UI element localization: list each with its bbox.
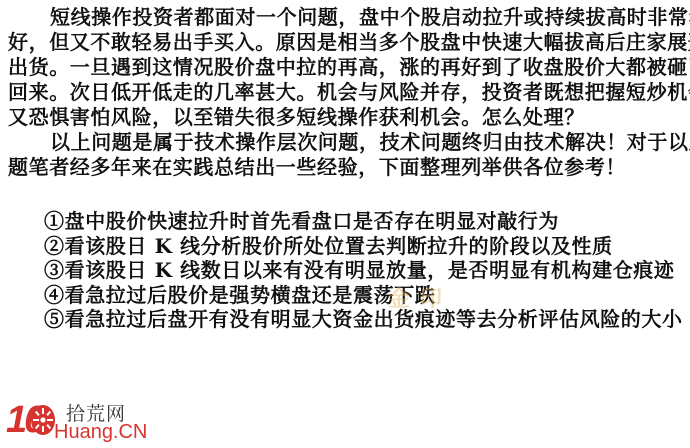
watermark: 金印 [388,282,452,313]
paragraph-1-line: 回来。次日低开低走的几率甚大。机会与风险并存，投资者既想把握短炒机会 [8,80,688,105]
paragraph-1-line: 出货。一旦遇到这情况股价盘中拉的再高，涨的再好到了收盘股价大都被砸了 [8,55,688,80]
paragraph-1-line: 短线操作投资者都面对一个问题，盘中个股启动拉升或持续拔高时非常看 [8,5,688,30]
list-item: ②看该股日 K 线分析股价所处位置去判断拉升的阶段以及性质 [44,234,683,259]
gear-icon [30,403,56,437]
paragraph-2-line: 以上问题是属于技术操作层次问题，技术问题终归由技术解决！对于以上问 [8,130,688,155]
article-body: 短线操作投资者都面对一个问题，盘中个股启动拉升或持续拔高时非常看 好，但又不敢轻… [8,5,688,180]
list-item: ③看该股日 K 线数日以来有没有明显放量，是否明显有机构建仓痕迹 [44,258,683,283]
paragraph-2-line: 题笔者经多年来在实践总结出一些经验，下面整理列举供各位参考！ [8,155,688,180]
logo-domain: Huang.CN [54,421,147,444]
list-item: ①盘中股价快速拉升时首先看盘口是否存在明显对敲行为 [44,209,683,234]
list-item: ④看急拉过后股价是强势横盘还是震荡下跌 [44,283,683,308]
paragraph-1-line: 好，但又不敢轻易出手买入。原因是相当多个股盘中快速大幅拔高后庄家展开 [8,30,688,55]
site-logo[interactable]: 10 拾荒网 Huang.CN [6,397,156,445]
tips-list: ①盘中股价快速拉升时首先看盘口是否存在明显对敲行为 ②看该股日 K 线分析股价所… [44,209,683,332]
paragraph-1-line: 又恐惧害怕风险，以至错失很多短线操作获利机会。怎么处理？ [8,105,688,130]
list-item: ⑤看急拉过后盘开有没有明显大资金出货痕迹等去分析评估风险的大小 [44,307,683,332]
